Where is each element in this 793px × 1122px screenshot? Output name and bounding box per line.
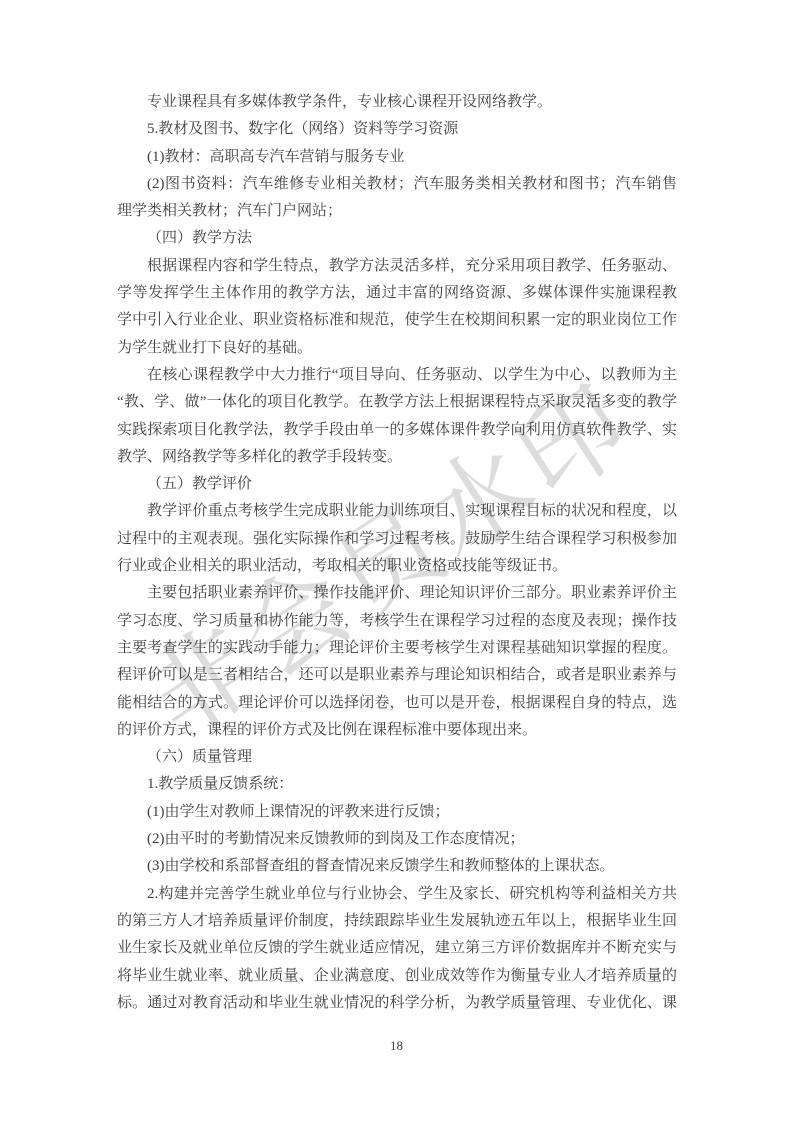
text-line: 主要包括职业素养评价、操作技能评价、理论知识评价三部分。职业素养评价主要包括 [117,580,677,607]
text-line: 为学生就业打下良好的基础。 [117,335,677,362]
text-line: 教学评价重点考核学生完成职业能力训练项目、实现课程目标的状况和程度，以及学习 [117,498,677,525]
document-page: 非会员水印 专业课程具有多媒体教学条件，专业核心课程开设网络教学。5.教材及图书… [0,0,793,1122]
text-line: 根据课程内容和学生特点，教学方法灵活多样，充分采用项目教学、任务驱动、案例教 [117,253,677,280]
text-line: 程评价可以是三者相结合，还可以是职业素养与理论知识相结合，或者是职业素养与操作技 [117,662,677,689]
text-line: 2.构建并完善学生就业单位与行业协会、学生及家长、研究机构等利益相关方共同参与 [117,881,677,908]
text-line: (1)教材：高职高专汽车营销与服务专业 [117,144,677,171]
text-line: 的第三方人才培养质量评价制度，持续跟踪毕业生发展轨迹五年以上，根据毕业生回馈、毕 [117,908,677,935]
text-line: 专业课程具有多媒体教学条件，专业核心课程开设网络教学。 [117,89,677,116]
text-line: 学习态度、学习质量和协作能力等，考核学生在课程学习过程的态度及表现；操作技能考核 [117,608,677,635]
text-line: “教、学、做”一体化的项目化教学。在教学方法上根据课程特点采取灵活多变的教学方法… [117,389,677,416]
text-line: （五）教学评价 [117,471,677,498]
text-line: 学等发挥学生主体作用的教学方法，通过丰富的网络资源、多媒体课件实施课程教学，在教 [117,280,677,307]
text-line: 将毕业生就业率、就业质量、企业满意度、创业成效等作为衡量专业人才培养质量的重要指 [117,963,677,990]
text-line: （六）质量管理 [117,744,677,771]
text-line: 实践探索项目化教学法，教学手段由单一的多媒体课件教学向利用仿真软件教学、实训装置 [117,417,677,444]
text-line: 能相结合的方式。理论评价可以选择闭卷，也可以是开卷，根据课程自身的特点，选择合适 [117,690,677,717]
page-number: 18 [0,1038,793,1054]
text-line: 行业或企业相关的职业活动，考取相关的职业资格或技能等级证书。 [117,553,677,580]
text-line: 业生家长及就业单位反馈的学生就业适应情况，建立第三方评价数据库并不断充实与完善。 [117,935,677,962]
text-line: (2)由平时的考勤情况来反馈教师的到岗及工作态度情况； [117,826,677,853]
text-line: 1.教学质量反馈系统： [117,771,677,798]
text-line: 的评价方式，课程的评价方式及比例在课程标准中要体现出来。 [117,717,677,744]
text-line: 理学类相关教材；汽车门户网站； [117,198,677,225]
text-line: (3)由学校和系部督查组的督查情况来反馈学生和教师整体的上课状态。 [117,853,677,880]
text-line: (1)由学生对教师上课情况的评教来进行反馈； [117,799,677,826]
text-line: (2)图书资料：汽车维修专业相关教材；汽车服务类相关教材和图书；汽车销售类，心 [117,171,677,198]
text-line: 教学、网络教学等多样化的教学手段转变。 [117,444,677,471]
text-line: 主要考查学生的实践动手能力；理论评价主要考核学生对课程基础知识掌握的程度。每门课 [117,635,677,662]
document-body: 专业课程具有多媒体教学条件，专业核心课程开设网络教学。5.教材及图书、数字化（网… [117,89,677,1017]
text-line: （四）教学方法 [117,225,677,252]
text-line: 标。通过对教育活动和毕业生就业情况的科学分析，为教学质量管理、专业优化、课程调整 [117,990,677,1017]
text-line: 过程中的主观表现。强化实际操作和学习过程考核。鼓励学生结合课程学习积极参加社会、 [117,526,677,553]
text-line: 学中引入行业企业、职业资格标准和规范，使学生在校期间积累一定的职业岗位工作经验， [117,307,677,334]
text-line: 5.教材及图书、数字化（网络）资料等学习资源 [117,116,677,143]
text-line: 在核心课程教学中大力推行“项目导向、任务驱动、以学生为中心、以教师为主导”的 [117,362,677,389]
